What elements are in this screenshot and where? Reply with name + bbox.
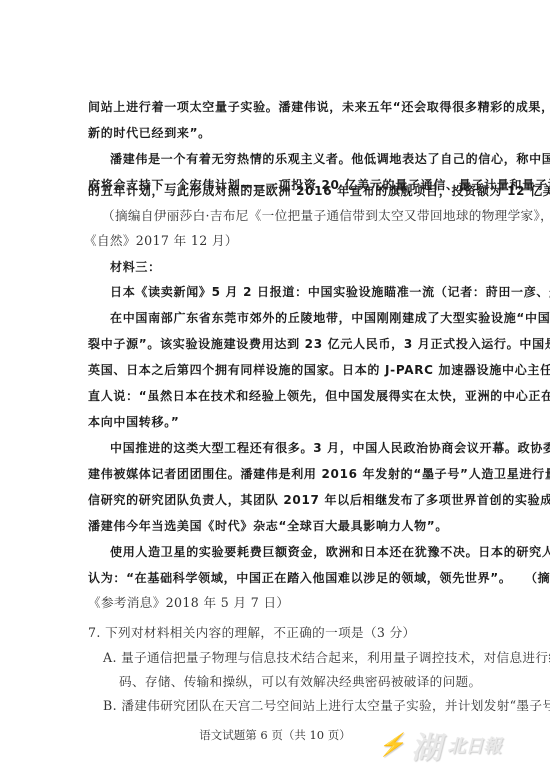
citation-line: 《自然》2017 年 12 月）: [84, 232, 238, 250]
passage-line: 信研究的研究团队负责人，其团队 2017 年以后相继发布了多项世界首创的实验成果…: [88, 491, 550, 509]
passage-line: 中国推进的这类大型工程还有很多。3 月，中国人民政治协商会议开幕。政协委员潘: [110, 439, 550, 457]
question-number: 7.: [88, 625, 101, 640]
citation-line: （摘编自伊丽莎白·吉布尼《一位把量子通信带到太空又带回地球的物理学家》，: [102, 207, 550, 225]
passage-line: 裂中子源”。该实验设施建设费用达到 23 亿元人民币，3 月正式投入运行。中国是…: [88, 335, 550, 353]
citation-line: 《参考消息》2018 年 5 月 7 日）: [88, 594, 289, 612]
option-7a: A. 量子通信把量子物理与信息技术结合起来，利用量子调控技术，对信息进行编: [103, 649, 550, 667]
exam-page: 间站上进行着一项太空量子实验。潘建伟说，未来五年“还会取得很多精彩的成果，一个 …: [0, 0, 550, 778]
passage-line: 间站上进行着一项太空量子实验。潘建伟说，未来五年“还会取得很多精彩的成果，一个: [88, 98, 550, 116]
question-stem: 下列对材料相关内容的理解，不正确的一项是（3 分）: [105, 625, 415, 640]
option-text: 量子通信把量子物理与信息技术结合起来，利用量子调控技术，对信息进行编: [121, 650, 550, 665]
passage-line: 在中国南部广东省东莞市郊外的丘陵地带，中国刚刚建成了大型实验设施“中国散: [110, 309, 550, 327]
passage-line: 新的时代已经到来”。: [88, 124, 211, 142]
watermark-text: 北日報: [447, 732, 501, 758]
question-7: 7. 下列对材料相关内容的理解，不正确的一项是（3 分）: [88, 624, 416, 642]
passage-line: 潘建伟今年当选美国《时代》杂志“全球百大最具影响力人物”。: [88, 517, 448, 535]
passage-line: 认为：“在基础科学领域，中国正在踏入他国难以涉足的领域，领先世界”。 （摘编自: [88, 569, 550, 587]
watermark-char: 湖: [411, 723, 441, 767]
passage-line: 的五年计划，与此形成对照的是欧洲 2016 年宣布的旗舰项目，投资额为 12 亿…: [88, 182, 550, 200]
material-heading: 材料三：: [110, 258, 161, 276]
passage-line: 英国、日本之后第四个拥有同样设施的国家。日本的 J-PARC 加速器设施中心主任…: [88, 361, 550, 379]
news-headline: 日本《读卖新闻》5 月 2 日报道：中国实验设施瞄准一流（记者：莳田一彦、船越翔…: [110, 283, 550, 301]
option-7a-cont: 码、存储、传输和操纵，可以有效解决经典密码被破译的问题。: [119, 673, 481, 691]
newspaper-watermark: ⚡ 湖 北日報: [378, 725, 548, 765]
option-label: B.: [103, 698, 117, 713]
passage-line: 直人说：“虽然日本在技术和经验上领先，但中国发展得实在太快，亚洲的中心正在从日: [88, 387, 550, 405]
option-7b: B. 潘建伟研究团队在天宫二号空间站上进行太空量子实验，并计划发射“墨子号”: [103, 697, 550, 715]
passage-line: 潘建伟是一个有着无穷热情的乐观主义者。他低调地表达了自己的信心，称中国政: [110, 150, 550, 168]
newspaper-logo-icon: ⚡: [378, 732, 405, 758]
passage-line: 建伟被媒体记者团团围住。潘建伟是利用 2016 年发射的“墨子号”人造卫星进行量…: [88, 465, 550, 483]
option-label: A.: [103, 650, 117, 665]
passage-line: 使用人造卫星的实验要耗费巨额资金，欧洲和日本还在犹豫不决。日本的研究人员: [110, 543, 550, 561]
option-text: 潘建伟研究团队在天宫二号空间站上进行太空量子实验，并计划发射“墨子号”: [121, 698, 550, 713]
passage-line: 本向中国转移。”: [88, 413, 180, 431]
